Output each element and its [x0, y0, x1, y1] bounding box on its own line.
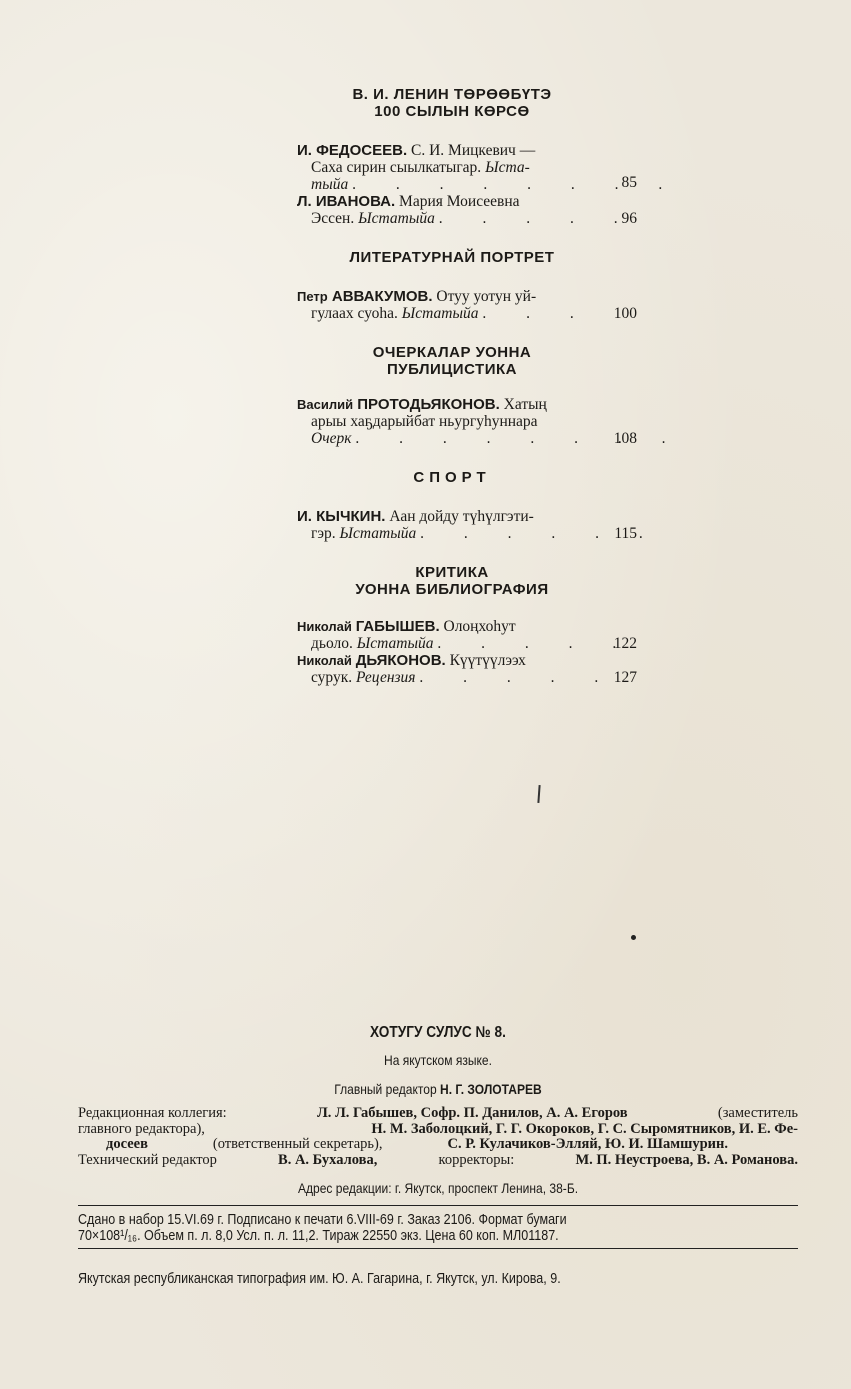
entry-title: арыы хаҕдарыйбат ньургуһуннара — [297, 413, 603, 430]
section-title: В. И. ЛЕНИН ТӨРӨӨБҮТЭ 100 СЫЛЫН КӨРСӨ — [297, 86, 637, 120]
entry-author: И. ФЕДОСЕЕВ. — [297, 142, 407, 159]
entry-author: Николай — [297, 652, 352, 669]
entry-genre: Ыстатыйа — [402, 305, 479, 322]
entry-page: 100 — [603, 305, 637, 322]
editorial-address: Адрес редакции: г. Якутск, проспект Лени… — [128, 1181, 747, 1196]
toc-entry[interactable]: Л. ИВАНОВА. Мария Моисеевна Эссен. Ыстат… — [297, 193, 637, 227]
entry-genre: тыйа — [311, 176, 348, 193]
entry-title: Мария Моисеевна — [399, 193, 519, 210]
entry-genre: Рецензия — [356, 669, 416, 686]
entry-page: 85 — [603, 174, 637, 191]
toc-section-sport: СПОРТ И. КЫЧКИН. Аан дойду түһүлгэти- гэ… — [297, 469, 637, 542]
section-title: КРИТИКА УОННА БИБЛИОГРАФИЯ — [297, 564, 637, 598]
editorial-board: Редакционная коллегия: Л. Л. Габышев, Со… — [78, 1106, 798, 1168]
entry-title: сурук. — [311, 669, 352, 686]
entry-author: Л. ИВАНОВА. — [297, 193, 395, 210]
entry-title: С. И. Мицкевич — — [411, 142, 535, 159]
toc-section-criticism: КРИТИКА УОННА БИБЛИОГРАФИЯ Николай ГАБЫШ… — [297, 564, 637, 686]
entry-author: Василий ПРОТОДЬЯКОНОВ. — [297, 396, 500, 413]
entry-page: 127 — [603, 669, 637, 686]
entry-title: Аан дойду түһүлгэти- — [389, 508, 533, 525]
entry-page: 108 — [603, 430, 637, 447]
entry-title: гулаах суоһа. — [311, 305, 398, 322]
section-title: ЛИТЕРАТУРНАЙ ПОРТРЕТ — [297, 249, 637, 266]
entry-page: 122 — [603, 635, 637, 652]
divider — [78, 1248, 798, 1249]
journal-title: ХОТУГУ СУЛУС № 8. — [121, 1025, 755, 1040]
toc-entry[interactable]: Василий ПРОТОДЬЯКОНОВ. Хатың арыы хаҕдар… — [297, 396, 637, 447]
entry-title: Эссен. — [311, 210, 354, 227]
toc-section-lenin: В. И. ЛЕНИН ТӨРӨӨБҮТЭ 100 СЫЛЫН КӨРСӨ И.… — [297, 86, 637, 227]
entry-title: дьоло. — [311, 635, 353, 652]
leader-dots: . . . — [482, 305, 591, 322]
toc-section-literary-portrait: ЛИТЕРАТУРНАЙ ПОРТРЕТ Петр АВВАКУМОВ. Оту… — [297, 249, 637, 322]
entry-title: Хатың — [504, 396, 547, 413]
entry-title: Күүтүүлээх — [450, 652, 526, 669]
printer-info: Якутская республиканская типография им. … — [78, 1271, 679, 1286]
entry-page: 115 — [603, 525, 637, 542]
language-note: На якутском языке. — [128, 1053, 747, 1068]
entry-title: гэр. — [311, 525, 336, 542]
toc-section-essays: ОЧЕРКАЛАР УОННА ПУБЛИЦИСТИКА Василий ПРО… — [297, 344, 637, 447]
entry-title: Отуу уотун уй- — [436, 288, 536, 305]
entry-genre: Очерк — [311, 430, 351, 447]
toc-entry[interactable]: И. КЫЧКИН. Аан дойду түһүлгэти- гэр. Ыст… — [297, 508, 637, 542]
entry-author: Николай — [297, 618, 352, 635]
ink-speck — [631, 935, 636, 940]
toc-entry[interactable]: Николай ГАБЫШЕВ. Олоңхоһут дьоло. Ыстаты… — [297, 618, 637, 652]
toc-entry[interactable]: Николай ДЬЯКОНОВ. Күүтүүлээх сурук. Реце… — [297, 652, 637, 686]
section-title: СПОРТ — [297, 469, 637, 486]
entry-page: 96 — [603, 210, 637, 227]
table-of-contents: В. И. ЛЕНИН ТӨРӨӨБҮТЭ 100 СЫЛЫН КӨРСӨ И.… — [297, 86, 637, 708]
toc-entry[interactable]: И. ФЕДОСЕЕВ. С. И. Мицкевич — Саха сирин… — [297, 142, 637, 193]
toc-entry[interactable]: Петр АВВАКУМОВ. Отуу уотун уй- гулаах су… — [297, 288, 637, 322]
entry-genre: Ыстатыйа — [358, 210, 435, 227]
entry-genre: Ыста- — [485, 159, 530, 176]
section-title: ОЧЕРКАЛАР УОННА ПУБЛИЦИСТИКА — [297, 344, 637, 378]
entry-author: Петр АВВАКУМОВ. — [297, 288, 433, 305]
ink-speck — [537, 785, 540, 803]
entry-author: ДЬЯКОНОВ. — [356, 652, 446, 669]
colophon: ХОТУГУ СУЛУС № 8. На якутском языке. Гла… — [78, 1025, 798, 1286]
chief-editor: Главный редактор Н. Г. ЗОЛОТАРЕВ — [128, 1082, 747, 1097]
print-details: Сдано в набор 15.VI.69 г. Подписано к пе… — [78, 1206, 798, 1248]
entry-genre: Ыстатыйа — [340, 525, 417, 542]
entry-title: Олоңхоһут — [444, 618, 516, 635]
entry-author: ГАБЫШЕВ. — [356, 618, 440, 635]
entry-genre: Ыстатыйа — [357, 635, 434, 652]
leader-dots: . . . . . — [419, 669, 616, 686]
entry-title: Саха сирин сыылкатыгар. — [311, 159, 481, 176]
entry-author: И. КЫЧКИН. — [297, 508, 385, 525]
